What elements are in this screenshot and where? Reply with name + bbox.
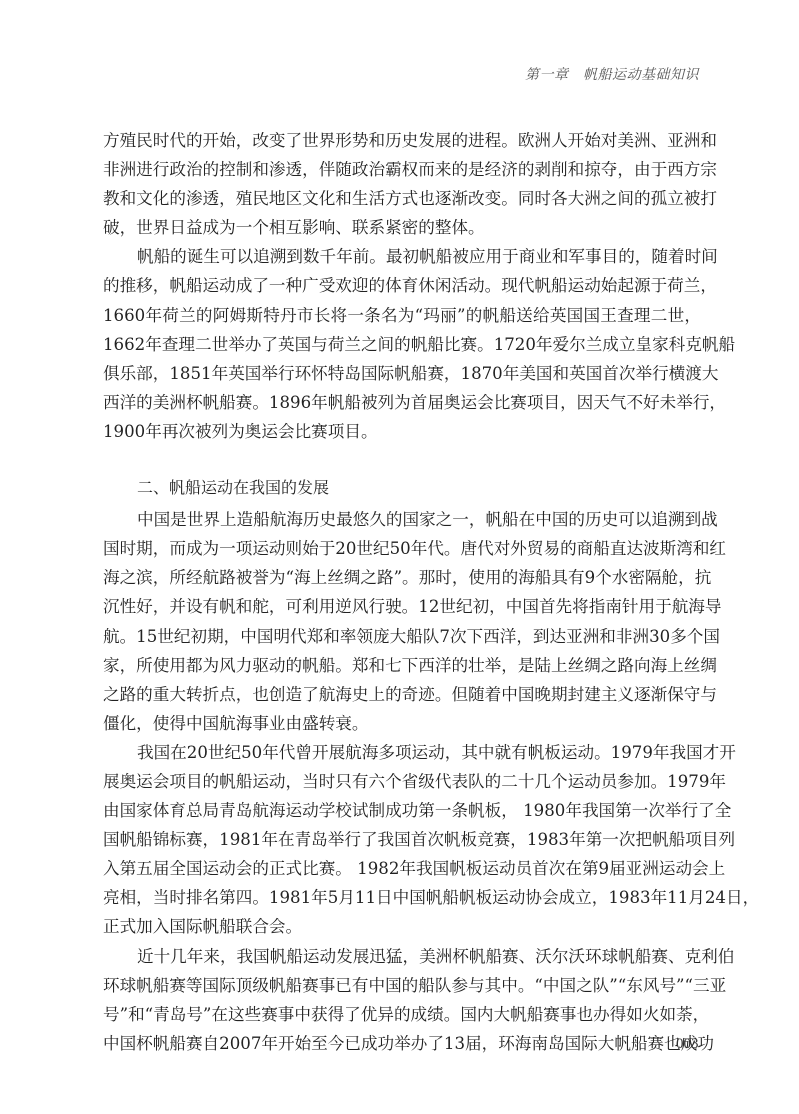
text-line: 破，世界日益成为一个相互影响、联系紧密的整体。 xyxy=(103,213,701,242)
text-line: 教和文化的渗透，殖民地区文化和生活方式也逐渐改变。同时各大洲之间的孤立被打 xyxy=(103,184,701,213)
page-body: 方殖民时代的开始，改变了世界形势和历史发展的进程。欧洲人开始对美洲、亚洲和 非洲… xyxy=(103,126,701,1058)
text-line: 帆船的诞生可以追溯到数千年前。最初帆船被应用于商业和军事目的，随着时间 xyxy=(103,242,701,271)
text-line: 非洲进行政治的控制和渗透，伴随政治霸权而来的是经济的剥削和掠夺，由于西方宗 xyxy=(103,155,701,184)
text-line: 展奥运会项目的帆船运动，当时只有六个省级代表队的二十几个运动员参加。1979年 xyxy=(103,767,701,796)
running-header-chapter-title: 第一章 帆船运动基础知识 xyxy=(525,64,699,84)
text-line: 海之滨，所经航路被誉为“海上丝绸之路”。那时，使用的海船具有9个水密隔舱，抗 xyxy=(103,563,701,592)
text-line: 俱乐部，1851年英国举行环怀特岛国际帆船赛，1870年美国和英国首次举行横渡大 xyxy=(103,359,701,388)
text-line: 中国杯帆船赛自2007年开始至今已成功举办了13届，环海南岛国际大帆船赛也成功 xyxy=(103,1029,701,1058)
text-line: 之路的重大转折点，也创造了航海史上的奇迹。但随着中国晚期封建主义逐渐保守与 xyxy=(103,680,701,709)
page-number: 003 xyxy=(676,1036,699,1053)
paragraph: 近十几年来，我国帆船运动发展迅猛，美洲杯帆船赛、沃尔沃环球帆船赛、克利伯 环球帆… xyxy=(103,942,701,1058)
text-line: 的推移，帆船运动成了一种广受欢迎的体育休闲活动。现代帆船运动始起源于荷兰， xyxy=(103,271,701,300)
text-line: 1660年荷兰的阿姆斯特丹市长将一条名为“玛丽”的帆船送给英国国王查理二世， xyxy=(103,301,701,330)
paragraph: 我国在20世纪50年代曾开展航海多项运动，其中就有帆板运动。1979年我国才开 … xyxy=(103,738,701,942)
text-line: 1900年再次被列为奥运会比赛项目。 xyxy=(103,417,701,446)
text-line: 1662年查理二世举办了英国与荷兰之间的帆船比赛。1720年爱尔兰成立皇家科克帆… xyxy=(103,330,701,359)
text-line: 方殖民时代的开始，改变了世界形势和历史发展的进程。欧洲人开始对美洲、亚洲和 xyxy=(103,126,701,155)
text-line: 环球帆船赛等国际顶级帆船赛事已有中国的船队参与其中。“中国之队”“东风号”“三亚 xyxy=(103,971,701,1000)
text-line: 入第五届全国运动会的正式比赛。 1982年我国帆板运动员首次在第9届亚洲运动会上 xyxy=(103,854,701,883)
text-line: 近十几年来，我国帆船运动发展迅猛，美洲杯帆船赛、沃尔沃环球帆船赛、克利伯 xyxy=(103,942,701,971)
paragraph: 帆船的诞生可以追溯到数千年前。最初帆船被应用于商业和军事目的，随着时间 的推移，… xyxy=(103,242,701,446)
text-line: 中国是世界上造船航海历史最悠久的国家之一，帆船在中国的历史可以追溯到战 xyxy=(103,505,701,534)
text-line: 正式加入国际帆船联合会。 xyxy=(103,912,701,941)
text-line: 我国在20世纪50年代曾开展航海多项运动，其中就有帆板运动。1979年我国才开 xyxy=(103,738,701,767)
text-line: 国时期，而成为一项运动则始于20世纪50年代。唐代对外贸易的商船直达波斯湾和红 xyxy=(103,534,701,563)
paragraph: 中国是世界上造船航海历史最悠久的国家之一，帆船在中国的历史可以追溯到战 国时期，… xyxy=(103,505,701,738)
text-line: 国帆船锦标赛，1981年在青岛举行了我国首次帆板竞赛，1983年第一次把帆船项目… xyxy=(103,825,701,854)
text-line: 亮相，当时排名第四。1981年5月11日中国帆船帆板运动协会成立，1983年11… xyxy=(103,883,701,912)
section-spacer xyxy=(103,446,701,473)
text-line: 号”和“青岛号”在这些赛事中获得了优异的成绩。国内大帆船赛事也办得如火如荼， xyxy=(103,1000,701,1029)
text-line: 僵化，使得中国航海事业由盛转衰。 xyxy=(103,709,701,738)
text-line: 西洋的美洲杯帆船赛。1896年帆船被列为首届奥运会比赛项目，因天气不好未举行， xyxy=(103,388,701,417)
paragraph: 方殖民时代的开始，改变了世界形势和历史发展的进程。欧洲人开始对美洲、亚洲和 非洲… xyxy=(103,126,701,242)
text-line: 航。15世纪初期，中国明代郑和率领庞大船队7次下西洋，到达亚洲和非洲30多个国 xyxy=(103,622,701,651)
section-heading: 二、帆船运动在我国的发展 xyxy=(103,473,701,502)
text-line: 由国家体育总局青岛航海运动学校试制成功第一条帆板， 1980年我国第一次举行了全 xyxy=(103,796,701,825)
text-line: 沉性好，并设有帆和舵，可利用逆风行驶。12世纪初，中国首先将指南针用于航海导 xyxy=(103,592,701,621)
text-line: 家，所使用都为风力驱动的帆船。郑和七下西洋的壮举，是陆上丝绸之路向海上丝绸 xyxy=(103,651,701,680)
